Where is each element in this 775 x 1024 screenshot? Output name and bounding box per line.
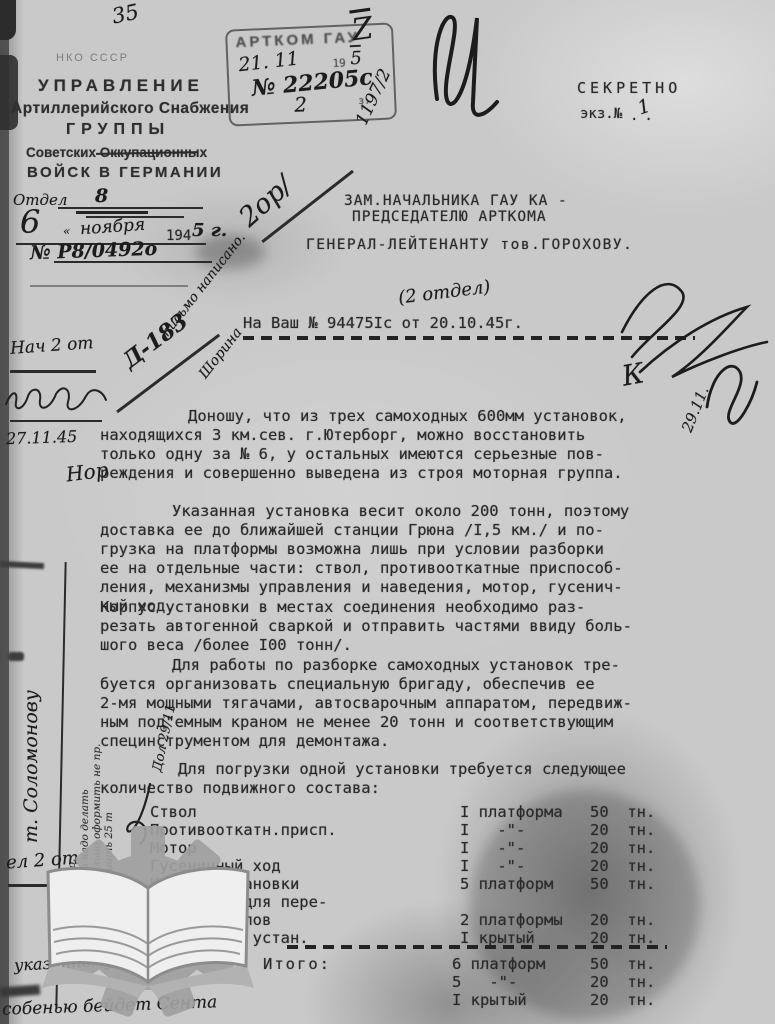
- body-paragraph-3: Корпус установки в местах соединения нео…: [100, 598, 665, 655]
- letterhead-line3: ГРУППЫ: [66, 121, 170, 139]
- margin-scribble-underline: [10, 420, 102, 422]
- mark-z: Z: [350, 11, 376, 49]
- totals-qty: 6 платформ: [452, 955, 545, 973]
- table-cell-qty: I -"-: [460, 839, 525, 857]
- table-cell-wt: 20 тн.: [590, 821, 655, 839]
- table-cell-wt: 50 тн.: [590, 875, 655, 893]
- margin-nach-2ot: Нач 2 от: [9, 333, 94, 359]
- scan-edge-blob-top: [0, 0, 16, 40]
- copy-dots: ..: [630, 108, 659, 124]
- date-month: ноября: [79, 215, 145, 239]
- scanned-document-page: 35 НКО СССР УПРАВЛЕНИЕ Артиллерийского С…: [0, 0, 775, 1024]
- totals-row: 5 -"- 20 тн.: [452, 973, 692, 991]
- totals-row: 6 платформ 50 тн.: [452, 955, 692, 973]
- totals-qty: 5 -"-: [452, 973, 517, 991]
- body-paragraph-1: Доношу, что из трех самоходных 600мм уст…: [100, 407, 665, 483]
- body-paragraph-5: Для погрузки одной установки требуется с…: [100, 760, 665, 798]
- dept-rule: [58, 207, 203, 209]
- dept-value: 8: [95, 185, 108, 207]
- scan-edge-blob-mid: [0, 55, 18, 130]
- diag-note2: Шорина: [196, 325, 246, 382]
- letterhead-ministry: НКО СССР: [56, 52, 129, 64]
- table-cell-wt: 20 тн.: [590, 911, 655, 929]
- copy-label: экз.№: [580, 106, 622, 122]
- table-cell-qty: 2 платформы: [460, 911, 563, 929]
- otdel2-note: (2 отдел): [397, 276, 492, 308]
- table-cell-qty: 5 платформ: [460, 875, 553, 893]
- blank-rule: [30, 285, 188, 287]
- margin-nach-underline: [10, 370, 96, 373]
- flourish-mark: [423, 4, 503, 129]
- flourish-2or: 2ор/: [233, 170, 298, 233]
- totals-qty: I крытый: [452, 991, 527, 1009]
- letterhead-line2: Артиллерийского Снабжения: [11, 100, 249, 118]
- table-cell-qty: I -"-: [460, 821, 525, 839]
- number-rule: [54, 261, 212, 263]
- date-quote: «: [63, 224, 70, 238]
- secrecy-label: СЕКРЕТНО: [577, 79, 681, 97]
- letterhead-line5: ВОЙСК В ГЕРМАНИИ: [27, 164, 223, 181]
- dept-heavy-dash1: [76, 211, 148, 214]
- table-cell-wt: 20 тн.: [590, 839, 655, 857]
- doc-number-value: Р8/0492о: [57, 238, 158, 263]
- recipient-line1: ЗАМ.НАЧАЛЬНИКА ГАУ КА -: [344, 193, 568, 209]
- table-row: Ствол I платформа 50 тн.: [150, 803, 690, 821]
- doc-number-label: №: [30, 242, 51, 265]
- table-cell-wt: 50 тн.: [590, 803, 655, 821]
- margin-scribble: [2, 382, 112, 418]
- body-paragraph-4: Для работы по разборке самоходных устано…: [100, 656, 665, 751]
- totals-wt: 50 тн.: [590, 955, 655, 973]
- stamp-title: АРТКОМ ГАУ: [235, 29, 360, 51]
- totals-divider: [287, 945, 667, 949]
- totals-wt: 20 тн.: [590, 973, 655, 991]
- year-hw: 5 г.: [192, 220, 227, 241]
- totals-wt: 20 тн.: [590, 991, 655, 1009]
- letterhead-line1: УПРАВЛЕНИЕ: [38, 76, 204, 96]
- date-day: 6: [20, 203, 40, 241]
- page-number-note: 35: [110, 0, 141, 29]
- margin-nor-flourish: Нор: [65, 458, 110, 487]
- year-printed: 194: [166, 228, 191, 244]
- table-cell-qty: I -"-: [460, 857, 525, 875]
- table-cell-wt: 20 тн.: [590, 857, 655, 875]
- stamp-sheets: 2: [294, 92, 308, 117]
- archive-watermark: [20, 826, 276, 1022]
- recipient-line2: ПРЕДСЕДАТЕЛЮ АРТКОМА: [352, 209, 547, 225]
- margin-solomonov: т. Соломонову: [20, 628, 42, 843]
- margin-date: 27.11.45: [6, 427, 78, 448]
- reference-line: На Ваш № 94475Iс от 20.10.45г.: [243, 314, 523, 332]
- recipient-line3: ГЕНЕРАЛ-ЛЕЙТЕНАНТУ тов.ГОРОХОВУ.: [306, 237, 633, 253]
- totals-row: I крытый 20 тн.: [452, 991, 692, 1009]
- open-book-icon: [42, 869, 254, 998]
- table-cell-qty: I платформа: [460, 803, 563, 821]
